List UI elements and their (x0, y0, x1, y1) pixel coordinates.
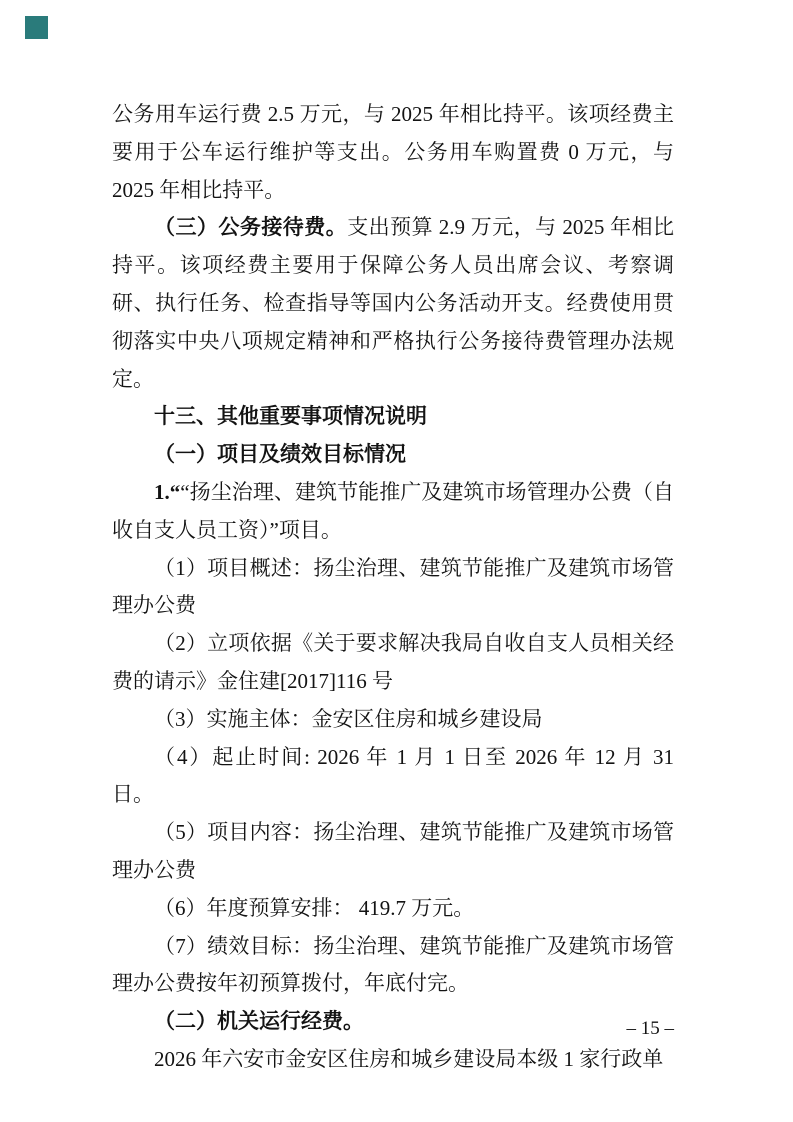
text-run: （1）项目概述：扬尘治理、建筑节能推广及建筑市场管理办公费 (112, 556, 674, 618)
text-run: （3）实施主体：金安区住房和城乡建设局 (154, 707, 543, 731)
paragraph: （三）公务接待费。支出预算 2.9 万元，与 2025 年相比持平。该项经费主要… (112, 209, 674, 398)
paragraph: （3）实施主体：金安区住房和城乡建设局 (112, 701, 674, 739)
page-footer: – 15 – (112, 1016, 674, 1042)
text-run: （7）绩效目标：扬尘治理、建筑节能推广及建筑市场管理办公费按年初预算拨付，年底付… (112, 934, 674, 996)
text-run: 公务用车运行费 2.5 万元，与 2025 年相比持平。该项经费主要用于公车运行… (112, 102, 674, 202)
text-run: （6）年度预算安排： 419.7 万元。 (154, 896, 474, 920)
paragraph: （5）项目内容：扬尘治理、建筑节能推广及建筑市场管理办公费 (112, 814, 674, 890)
paragraph: （2）立项依据《关于要求解决我局自收自支人员相关经费的请示》金住建[2017]1… (112, 625, 674, 701)
text-run: （4）起止时间: 2026 年 1 月 1 日至 2026 年 12 月 31 … (112, 745, 674, 807)
document-body: 公务用车运行费 2.5 万元，与 2025 年相比持平。该项经费主要用于公车运行… (112, 96, 674, 1079)
paragraph: （4）起止时间: 2026 年 1 月 1 日至 2026 年 12 月 31 … (112, 739, 674, 815)
text-run: “扬尘治理、建筑节能推广及建筑市场管理办公费（自收自支人员工资）”项目。 (112, 480, 674, 542)
text-run: 2026 年六安市金安区住房和城乡建设局本级 1 家行政单 (154, 1047, 663, 1071)
bold-text-run: （三）公务接待费。 (154, 215, 347, 239)
document-page: 公务用车运行费 2.5 万元，与 2025 年相比持平。该项经费主要用于公车运行… (0, 0, 793, 1122)
paragraph: （6）年度预算安排： 419.7 万元。 (112, 890, 674, 928)
paragraph: 十三、其他重要事项情况说明 (112, 398, 674, 436)
paragraph: （一）项目及绩效目标情况 (112, 436, 674, 474)
paragraph: 1.““扬尘治理、建筑节能推广及建筑市场管理办公费（自收自支人员工资）”项目。 (112, 474, 674, 550)
text-run: （2）立项依据《关于要求解决我局自收自支人员相关经费的请示》金住建[2017]1… (112, 631, 674, 693)
paragraph: （7）绩效目标：扬尘治理、建筑节能推广及建筑市场管理办公费按年初预算拨付，年底付… (112, 928, 674, 1004)
bold-text-run: （一）项目及绩效目标情况 (154, 442, 406, 466)
paragraph: 2026 年六安市金安区住房和城乡建设局本级 1 家行政单 (112, 1041, 674, 1079)
paragraph: 公务用车运行费 2.5 万元，与 2025 年相比持平。该项经费主要用于公车运行… (112, 96, 674, 209)
text-run: （5）项目内容：扬尘治理、建筑节能推广及建筑市场管理办公费 (112, 820, 674, 882)
paragraph: （1）项目概述：扬尘治理、建筑节能推广及建筑市场管理办公费 (112, 550, 674, 626)
bold-text-run: 十三、其他重要事项情况说明 (154, 404, 427, 428)
corner-marker (25, 16, 48, 39)
text-run: 支出预算 2.9 万元，与 2025 年相比持平。该项经费主要用于保障公务人员出… (112, 215, 674, 390)
bold-text-run: 1.“ (154, 480, 180, 504)
page-number: – 15 – (627, 1018, 675, 1039)
